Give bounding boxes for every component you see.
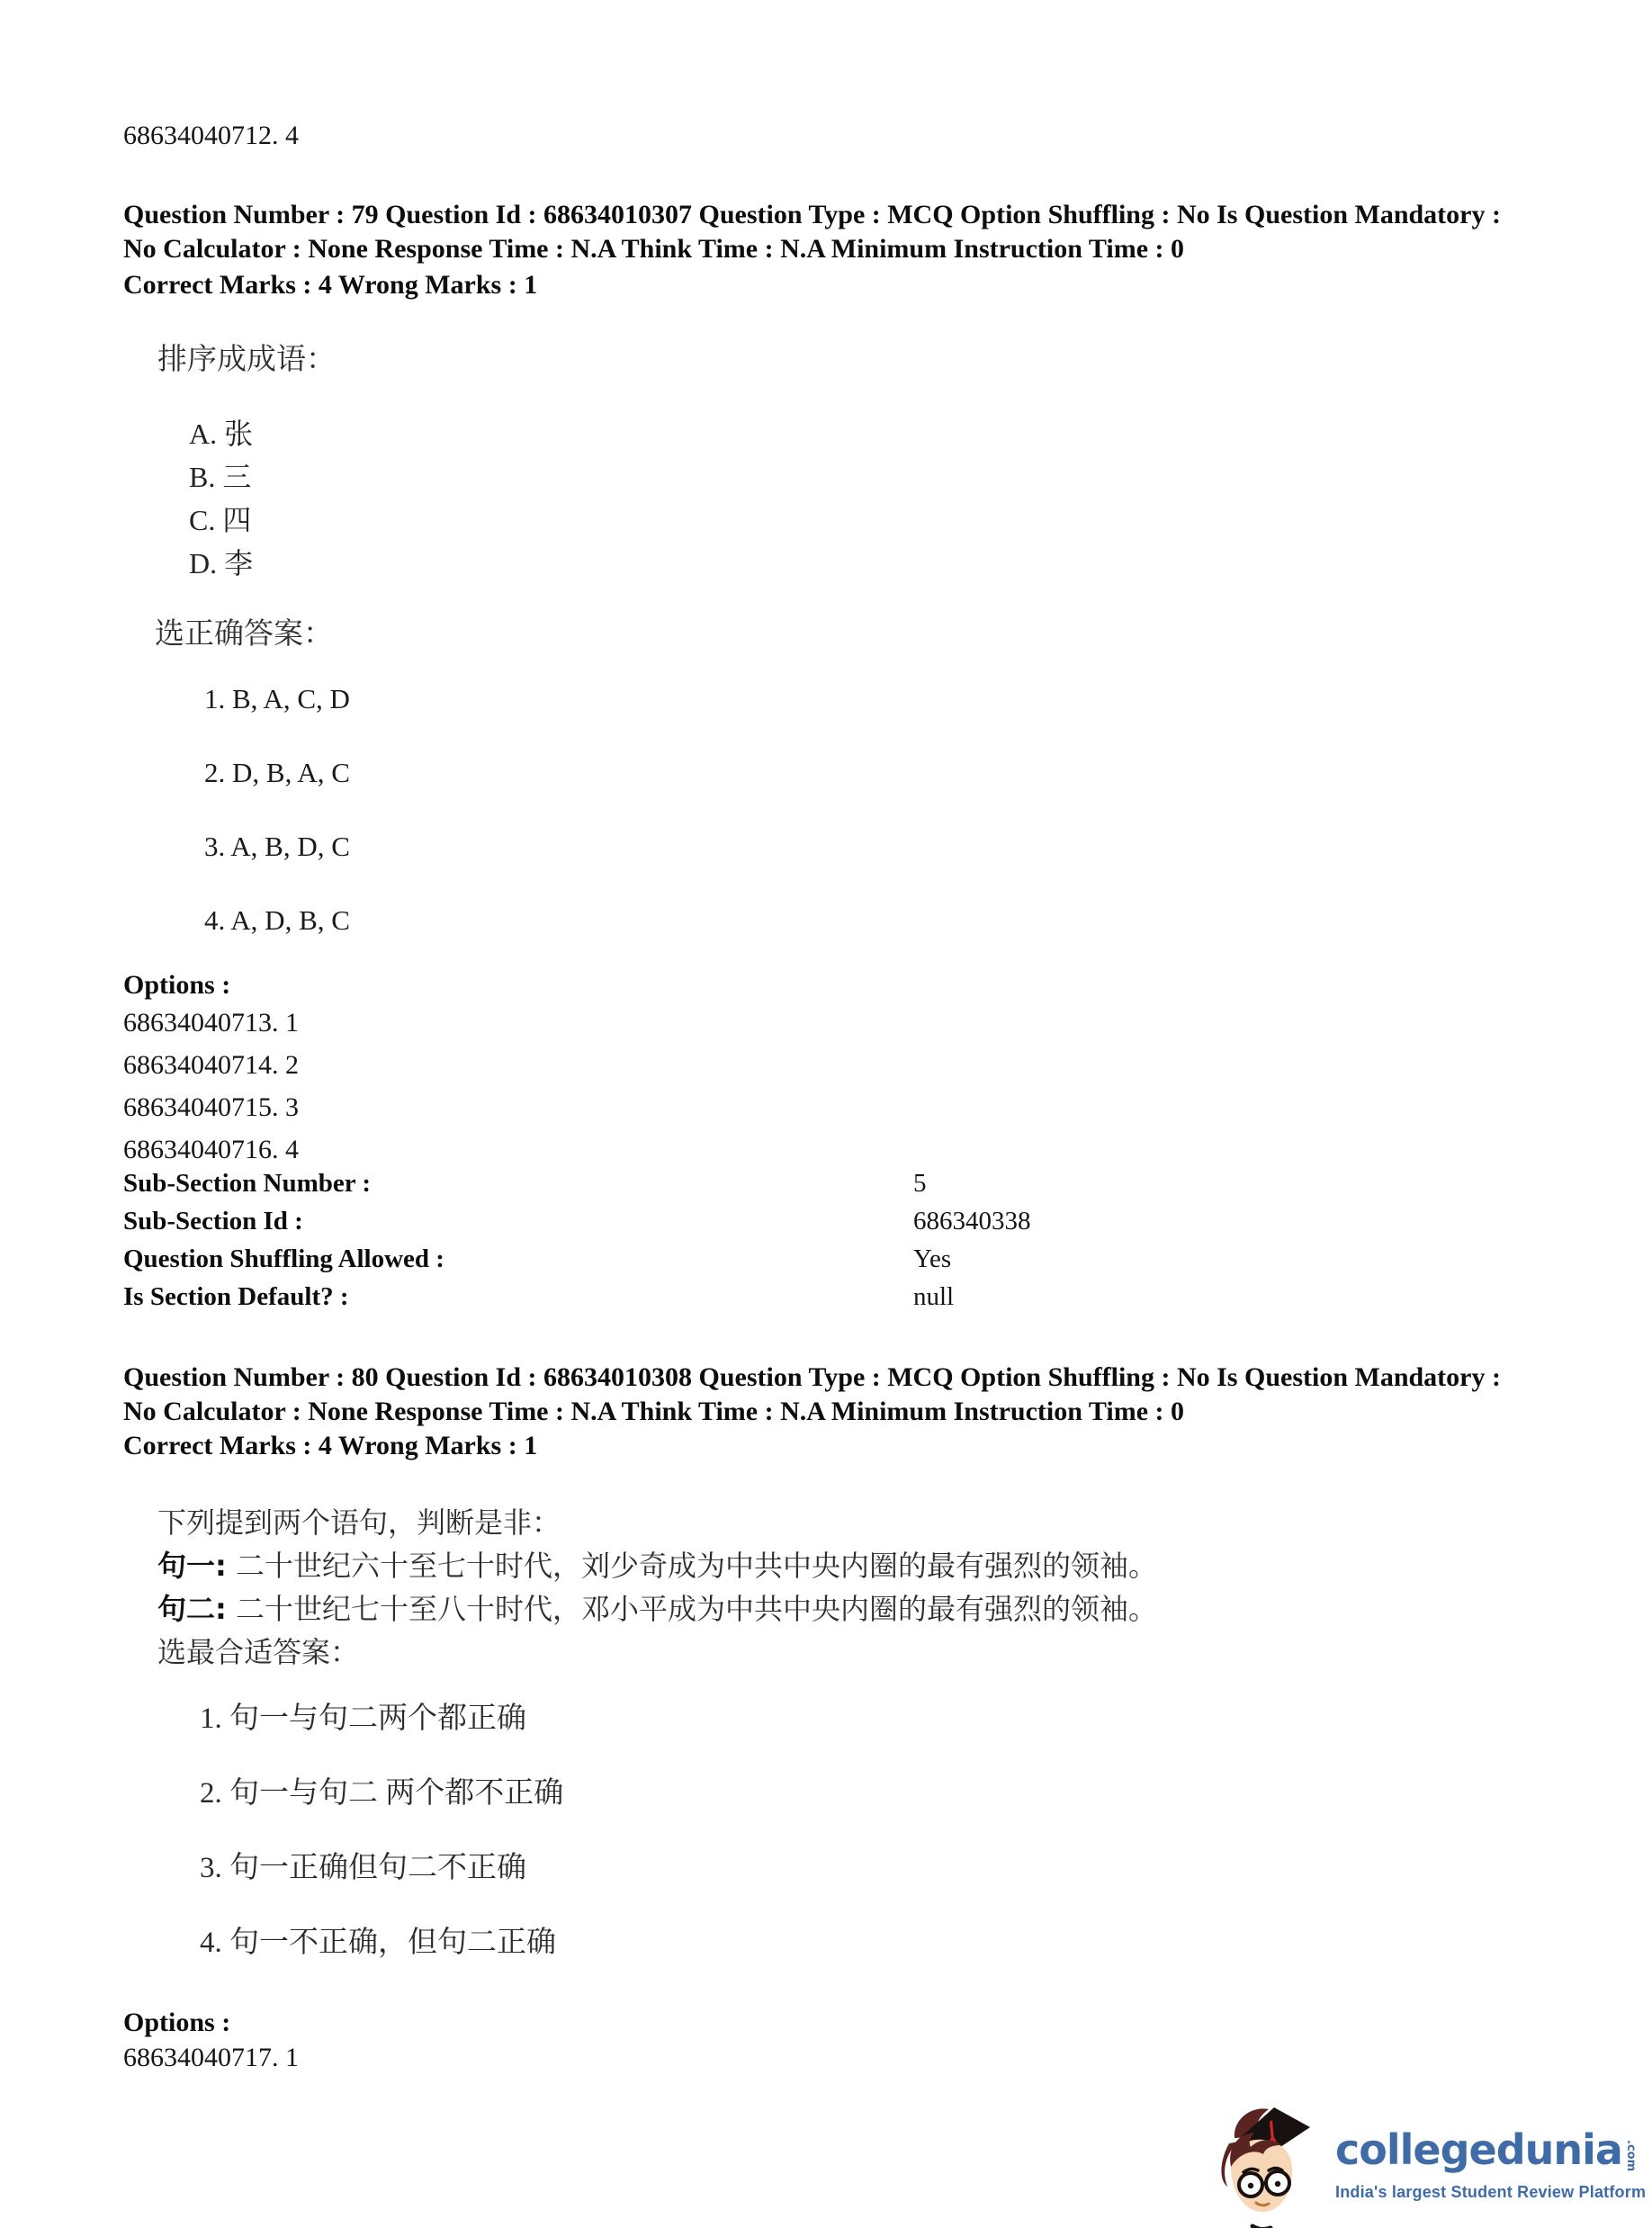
q79-option-ids: 68634040713. 1 68634040714. 2 6863404071…	[123, 1002, 299, 1171]
q79-header: Question Number : 79 Question Id : 68634…	[123, 198, 1501, 266]
q80-sentence-1: 句一: 二十世纪六十至七十时代，刘少奇成为中共中央内圈的最有强烈的领袖。	[157, 1544, 1157, 1587]
q80-answer-options: 1. 句一与句二两个都正确 2. 句一与句二 两个都不正确 3. 句一正确但句二…	[200, 1703, 563, 2002]
meta-row: Sub-Section Number : 5	[123, 1164, 1608, 1202]
option-id-line: 68634040714. 2	[123, 1044, 299, 1086]
meta-label: Sub-Section Id :	[123, 1202, 913, 1240]
q79-header-line2: No Calculator : None Response Time : N.A…	[123, 232, 1501, 266]
sentence2-text: 二十世纪七十至八十时代，邓小平成为中共中央内圈的最有强烈的领袖。	[227, 1592, 1157, 1626]
q80-header-line2: No Calculator : None Response Time : N.A…	[123, 1395, 1501, 1429]
answer-option: 1. 句一与句二两个都正确	[200, 1703, 563, 1734]
sequence-item: C. 四	[189, 499, 253, 542]
meta-label: Sub-Section Number :	[123, 1164, 913, 1202]
option-id-line: 68634040717. 1	[123, 2043, 299, 2073]
collegedunia-mascot-icon	[1217, 2097, 1314, 2228]
logo-text-block: collegedunia .com India's largest Studen…	[1335, 2127, 1646, 2202]
answer-option: 1. B, A, C, D	[204, 684, 350, 714]
q80-question-stem: 下列提到两个语句，判断是非：	[157, 1501, 1157, 1544]
collegedunia-tld: .com	[1624, 2140, 1638, 2171]
sequence-item: A. 张	[189, 412, 253, 455]
q80-question-body: 下列提到两个语句，判断是非： 句一: 二十世纪六十至七十时代，刘少奇成为中共中央…	[157, 1501, 1157, 1674]
meta-label: Question Shuffling Allowed :	[123, 1240, 913, 1278]
sentence1-text: 二十世纪六十至七十时代，刘少奇成为中共中央内圈的最有强烈的领袖。	[227, 1549, 1157, 1583]
collegedunia-logo: collegedunia .com India's largest Studen…	[1217, 2097, 1646, 2228]
sequence-item: B. 三	[189, 455, 253, 499]
q79-sequence-list: A. 张 B. 三 C. 四 D. 李	[189, 412, 253, 585]
answer-option: 3. 句一正确但句二不正确	[200, 1853, 563, 1883]
meta-label: Is Section Default? :	[123, 1278, 913, 1316]
q80-options-label: Options :	[123, 2008, 230, 2038]
prev-option-id-line: 68634040712. 4	[123, 121, 299, 151]
q79-options-label: Options :	[123, 970, 230, 1001]
q80-header-line1: Question Number : 80 Question Id : 68634…	[123, 1361, 1501, 1395]
meta-row: Is Section Default? : null	[123, 1278, 1608, 1316]
sequence-item: D. 李	[189, 542, 253, 585]
sentence1-label: 句一:	[157, 1549, 227, 1583]
meta-value: null	[913, 1278, 1608, 1316]
meta-value: Yes	[913, 1240, 1608, 1278]
meta-row: Question Shuffling Allowed : Yes	[123, 1240, 1608, 1278]
collegedunia-wordmark: collegedunia	[1335, 2127, 1622, 2172]
sentence2-label: 句二:	[157, 1592, 227, 1626]
answer-option: 4. A, D, B, C	[204, 905, 350, 935]
option-id-line: 68634040715. 3	[123, 1086, 299, 1128]
answer-option: 4. 句一不正确，但句二正确	[200, 1927, 563, 1958]
answer-option: 2. 句一与句二 两个都不正确	[200, 1778, 563, 1809]
answer-option: 3. A, B, D, C	[204, 831, 350, 861]
q79-meta-table: Sub-Section Number : 5 Sub-Section Id : …	[123, 1164, 1608, 1316]
q79-choose-label: 选正确答案：	[155, 610, 333, 652]
answer-option: 2. D, B, A, C	[204, 758, 350, 787]
q79-header-line1: Question Number : 79 Question Id : 68634…	[123, 198, 1501, 232]
q80-header: Question Number : 80 Question Id : 68634…	[123, 1361, 1501, 1429]
meta-value: 5	[913, 1164, 1608, 1202]
collegedunia-tagline: India's largest Student Review Platform	[1335, 2183, 1646, 2202]
q79-question-stem: 排序成成语：	[157, 336, 336, 378]
q79-marks: Correct Marks : 4 Wrong Marks : 1	[123, 268, 537, 302]
q80-marks: Correct Marks : 4 Wrong Marks : 1	[123, 1429, 537, 1463]
option-id-line: 68634040713. 1	[123, 1002, 299, 1044]
meta-value: 686340338	[913, 1202, 1608, 1240]
meta-row: Sub-Section Id : 686340338	[123, 1202, 1608, 1240]
q79-answer-options: 1. B, A, C, D 2. D, B, A, C 3. A, B, D, …	[204, 684, 350, 979]
q80-sentence-2: 句二: 二十世纪七十至八十时代，邓小平成为中共中央内圈的最有强烈的领袖。	[157, 1587, 1157, 1631]
q80-choose-label: 选最合适答案：	[157, 1631, 1157, 1674]
